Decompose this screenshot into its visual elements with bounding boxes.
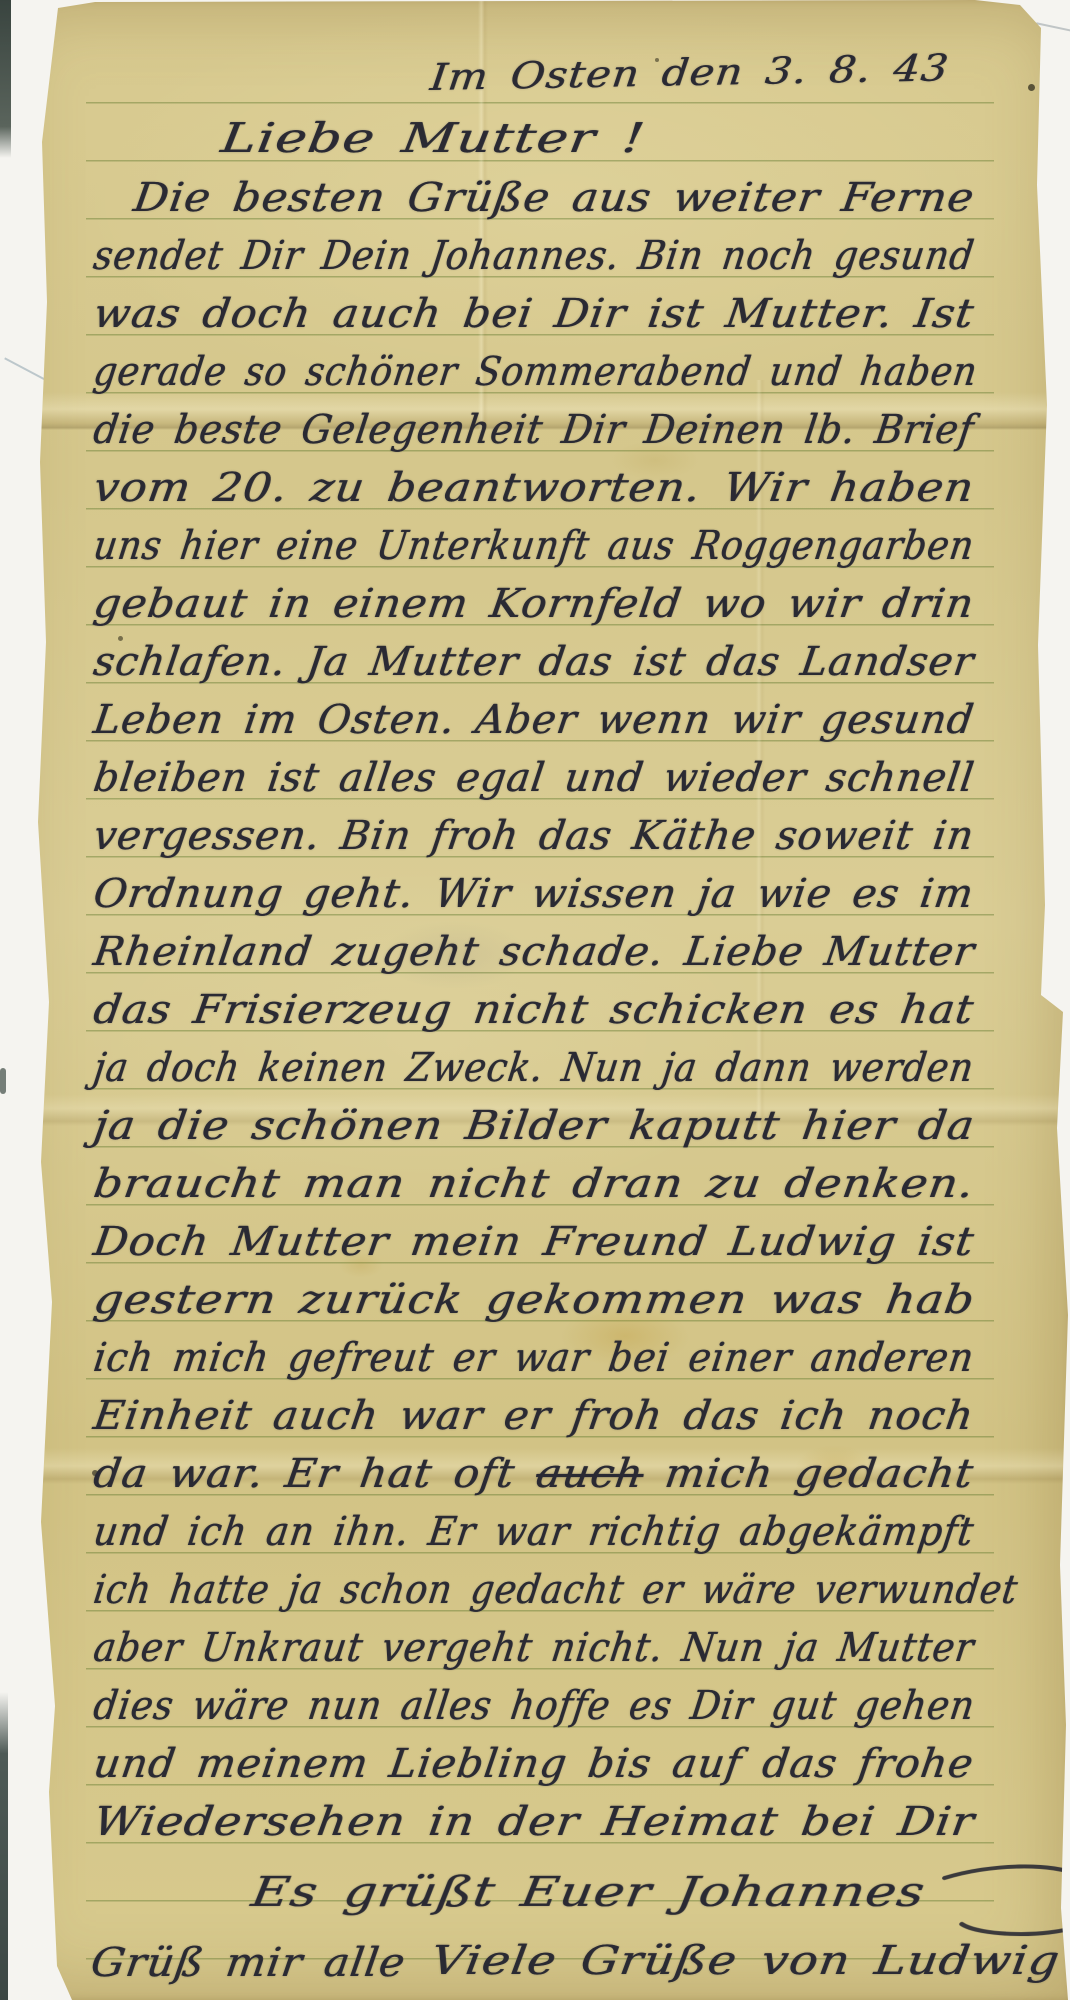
line-text: ich hatte ja schon gedacht er wäre verwu… <box>91 1567 1021 1613</box>
handwritten-line: Doch Mutter mein Freund Ludwig ist <box>90 1217 977 1269</box>
handwritten-line: und ich an ihn. Er war richtig abgekämpf… <box>90 1507 977 1559</box>
line-text: das Frisierzeug nicht schicken es hat <box>91 987 977 1033</box>
scanner-scratch <box>4 357 46 380</box>
handwritten-line: ich hatte ja schon gedacht er wäre verwu… <box>90 1565 1021 1617</box>
line-text: die beste Gelegenheit Dir Deinen lb. Bri… <box>91 407 977 453</box>
line-text: dies wäre nun alles hoffe es Dir gut geh… <box>91 1683 978 1729</box>
stain <box>1028 84 1035 91</box>
handwritten-line: da war. Er hat oft auch mich gedacht <box>90 1449 977 1501</box>
salutation: Liebe Mutter ! <box>218 114 648 162</box>
line-text: vom 20. zu beantworten. Wir haben <box>91 465 977 511</box>
handwritten-line: Ordnung geht. Wir wissen ja wie es im <box>90 869 977 921</box>
scanner-edge-strip <box>0 1692 8 2000</box>
line-text: uns hier eine Unterkunft aus Roggengarbe… <box>91 523 978 569</box>
line-text: gestern zurück gekommen was hab <box>91 1277 978 1323</box>
line-text: braucht man nicht dran zu denken. <box>91 1161 978 1207</box>
handwritten-line: dies wäre nun alles hoffe es Dir gut geh… <box>90 1681 978 1733</box>
line-text: Ordnung geht. Wir wissen ja wie es im <box>91 871 977 917</box>
handwritten-line: schlafen. Ja Mutter das ist das Landser <box>90 637 977 689</box>
handwritten-line: ja doch keinen Zweck. Nun ja dann werden <box>90 1043 977 1095</box>
handwritten-line: ja die schönen Bilder kaputt hier da <box>90 1101 978 1153</box>
line-text: ja die schönen Bilder kaputt hier da <box>91 1103 978 1149</box>
line-text: was doch auch bei Dir ist Mutter. Ist <box>91 291 977 337</box>
date-line: Im Osten den 3. 8. 43 <box>428 46 951 99</box>
line-text: Rheinland zugeht schade. Liebe Mutter <box>91 929 978 975</box>
line-text: mich gedacht <box>640 1451 976 1497</box>
line-text: und ich an ihn. Er war richtig abgekämpf… <box>91 1509 977 1555</box>
handwritten-line: was doch auch bei Dir ist Mutter. Ist <box>90 289 977 341</box>
handwritten-line: Rheinland zugeht schade. Liebe Mutter <box>90 927 978 979</box>
line-text: sendet Dir Dein Johannes. Bin noch gesun… <box>91 233 978 279</box>
line-text: da war. Er hat oft <box>91 1451 540 1497</box>
handwritten-line: Die besten Grüße aus weiter Ferne <box>130 173 978 225</box>
handwritten-line: und meinem Liebling bis auf das frohe <box>90 1739 977 1791</box>
handwritten-line: uns hier eine Unterkunft aus Roggengarbe… <box>90 521 977 573</box>
closing-signature: Es grüßt Euer Johannes <box>248 1862 1070 1916</box>
handwritten-line: ich mich gefreut er war bei einer andere… <box>90 1333 977 1385</box>
line-text: gebaut in einem Kornfeld wo wir drin <box>91 581 977 627</box>
line-text: und meinem Liebling bis auf das frohe <box>91 1741 977 1787</box>
handwritten-line: gebaut in einem Kornfeld wo wir drin <box>90 579 977 631</box>
letter-paper: Im Osten den 3. 8. 43 Liebe Mutter ! Die… <box>0 0 1070 2000</box>
line-text: schlafen. Ja Mutter das ist das Landser <box>91 639 977 685</box>
line-text: ich mich gefreut er war bei einer andere… <box>91 1335 977 1381</box>
line-text: bleiben ist alles egal und wieder schnel… <box>91 755 978 801</box>
line-text: vergessen. Bin froh das Käthe soweit in <box>91 813 977 859</box>
scanner-edge-strip <box>0 0 11 158</box>
handwritten-line: gestern zurück gekommen was hab <box>90 1275 978 1327</box>
line-text: Die besten Grüße aus weiter Ferne <box>131 175 978 221</box>
handwritten-line: bleiben ist alles egal und wieder schnel… <box>90 753 977 805</box>
handwritten-line: aber Unkraut vergeht nicht. Nun ja Mutte… <box>90 1623 977 1675</box>
line-text: Doch Mutter mein Freund Ludwig ist <box>91 1219 978 1265</box>
handwritten-line: gerade so schöner Sommerabend und haben <box>90 347 981 399</box>
handwritten-line: braucht man nicht dran zu denken. <box>90 1159 977 1211</box>
handwritten-line: sendet Dir Dein Johannes. Bin noch gesun… <box>90 231 977 283</box>
line-text: Einheit auch war er froh das ich noch <box>91 1393 977 1439</box>
handwritten-line: Leben im Osten. Aber wenn wir gesund <box>90 695 977 747</box>
struck-word: auch <box>533 1451 646 1497</box>
handwritten-line: vom 20. zu beantworten. Wir haben <box>90 463 977 515</box>
line-text: ja doch keinen Zweck. Nun ja dann werden <box>91 1045 977 1091</box>
scanner-edge-strip <box>0 1068 6 1094</box>
line-text: Wiedersehen in der Heimat bei Dir <box>91 1799 978 1845</box>
scanner-scratch <box>1036 22 1070 31</box>
line-text: Leben im Osten. Aber wenn wir gesund <box>91 697 977 743</box>
closing-text: Es grüßt Euer Johannes <box>248 1867 929 1916</box>
line-text: gerade so schöner Sommerabend und haben <box>91 349 981 395</box>
handwritten-line: Einheit auch war er froh das ich noch <box>90 1391 977 1443</box>
handwritten-line: das Frisierzeug nicht schicken es hat <box>90 985 977 1037</box>
handwritten-line: die beste Gelegenheit Dir Deinen lb. Bri… <box>90 405 977 457</box>
handwritten-line: vergessen. Bin froh das Käthe soweit in <box>90 811 977 863</box>
line-text: aber Unkraut vergeht nicht. Nun ja Mutte… <box>91 1625 977 1671</box>
signature-flourish <box>929 1862 1070 1942</box>
postscript-left: Grüß mir alle <box>88 1940 408 1986</box>
scanned-letter: Im Osten den 3. 8. 43 Liebe Mutter ! Die… <box>0 0 1070 2000</box>
postscript-right: Viele Grüße von Ludwig <box>428 1938 1063 1984</box>
handwritten-line: Wiedersehen in der Heimat bei Dir <box>90 1797 978 1849</box>
